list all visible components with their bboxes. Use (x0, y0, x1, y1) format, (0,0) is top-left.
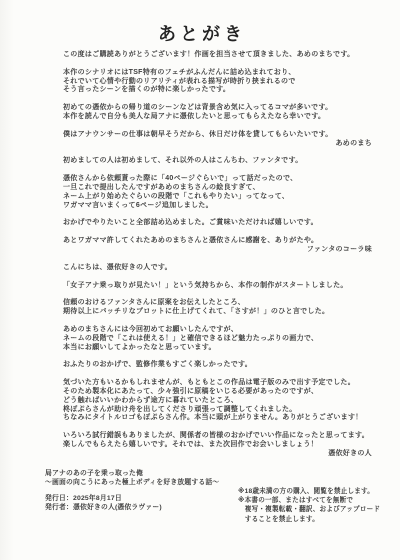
paragraph: この度はご購読ありがとうございます！作画を担当させて頂きました、あめのまちです。 (63, 51, 375, 60)
paragraph: 初めましての人は初めまして、それ以外の人はこんちわ、ファンタです。 (63, 157, 375, 166)
publisher: 発行者：憑依好きの人(憑依ラヴァー) (45, 503, 219, 512)
paragraph: いろいろ試行錯誤もありましたが、関係者の皆様のおかげでいい作品になったと思ってま… (63, 432, 375, 450)
afterword-page: あとがき この度はご購読ありがとうございます！作画を担当させて頂きました、あめの… (0, 0, 400, 560)
paragraph: 信頼のおけるファンタさんに原案をお伝えしたところ、 期待以上にバッチリなプロット… (63, 299, 375, 317)
section-artist-comment: この度はご購読ありがとうございます！作画を担当させて頂きました、あめのまちです。… (63, 51, 375, 148)
paragraph: 本作のシナリオにはTSF特有のフェチがふんだんに詰め込まれており、 それでいて心… (63, 69, 375, 95)
paragraph: おふたりのおかげで、監修作業もすごく楽しかったです。 (63, 361, 375, 370)
page-title: あとがき (0, 20, 400, 46)
section-writer-comment: 初めましての人は初めまして、それ以外の人はこんちわ、ファンタです。 憑依さんから… (63, 157, 375, 254)
paragraph: 初めての憑依からの帰り道のシーンなどは背景含め気に入ってるコマが多いです。 本作… (63, 104, 375, 122)
copyright-notice: ※18歳未満の方の購入、閲覧を禁止します。 ※本書の一部、またはすべてを無断で … (238, 487, 380, 524)
section-publisher-comment: こんにちは、憑依好きの人です。 「女子アナ乗っ取りが見たい！」という気持ちから、… (63, 264, 375, 459)
paragraph: 気づいた方もいるかもしれませんが、もともとこの作品は電子版のみで出す予定でした。… (63, 379, 375, 423)
book-title: 局アナのあの子を乗っ取った俺 (45, 469, 219, 478)
paragraph: あとワガママ許してくれたあめのまちさんと憑依さんに感謝を、ありがたや。 (63, 237, 375, 246)
signature-writer: ファンタのコーラ味 (63, 246, 375, 255)
signature-artist: あめのまち (63, 140, 375, 149)
afterword-body: この度はご購読ありがとうございます！作画を担当させて頂きました、あめのまちです。… (63, 51, 375, 459)
signature-publisher: 憑依好きの人 (63, 450, 375, 459)
publish-date: 発行日：2025年8月17日 (45, 494, 219, 503)
paragraph: あめのまちさんには今回初めてお願いしたんですが、 ネームの段階で「これは使える！… (63, 326, 375, 352)
paragraph: 憑依さんから依頼貰った際に「40ページぐらいで」って話だったので、 一旦これで提… (63, 175, 375, 210)
book-subtitle: 〜画面の向こうにあった極上ボディを好き放題する話〜 (45, 478, 219, 487)
paragraph: おかげでやりたいこと全部詰め込めました。ご賞味いただければ嬉しいです。 (63, 219, 375, 228)
paragraph: 僕はアナウンサーの仕事は朝早そうだから、休日だけ体を貸してもらいたいです。 (63, 131, 375, 140)
paragraph: こんにちは、憑依好きの人です。 (63, 264, 375, 273)
colophon: 局アナのあの子を乗っ取った俺 〜画面の向こうにあった極上ボディを好き放題する話〜… (45, 469, 219, 512)
paragraph: 「女子アナ乗っ取りが見たい！」という気持ちから、本作の制作がスタートしました。 (63, 282, 375, 291)
